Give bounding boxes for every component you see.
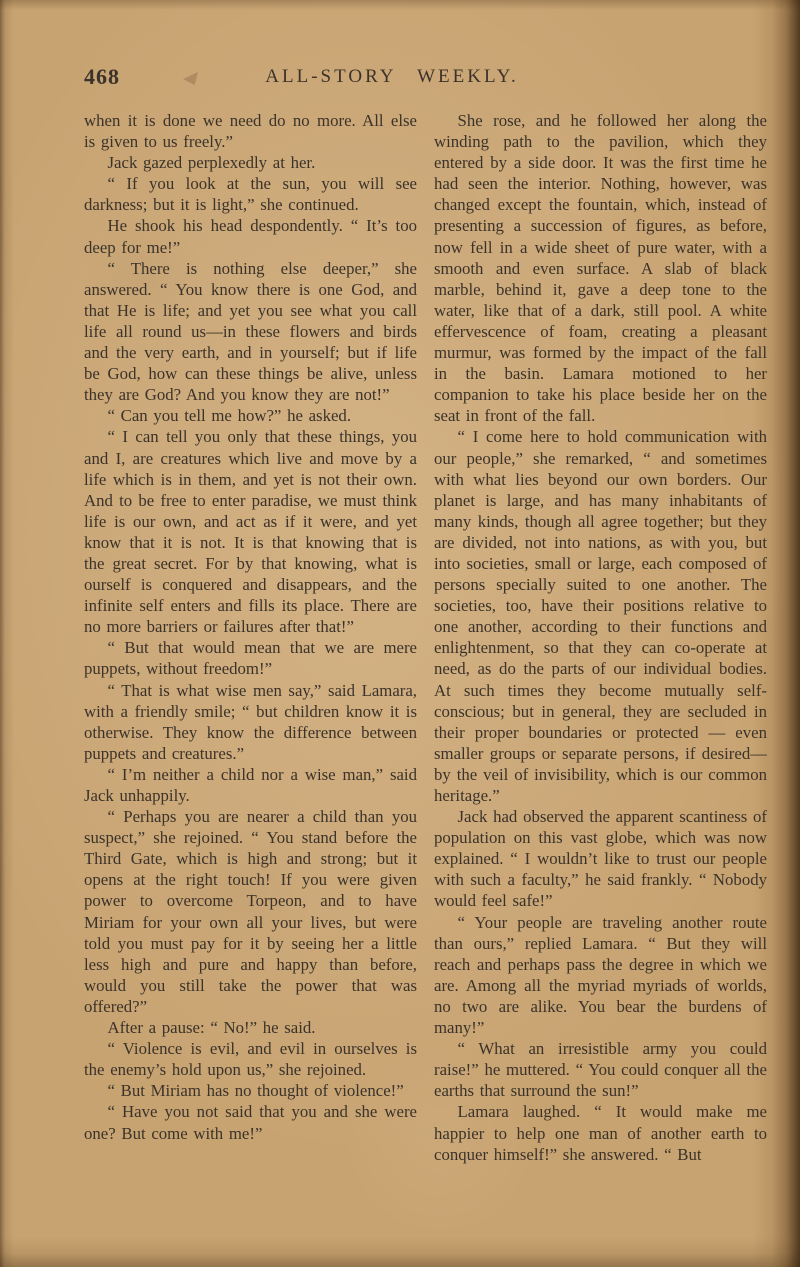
paragraph: “ That is what wise men say,” said Lamar…: [84, 680, 417, 764]
paragraph: “ Violence is evil, and evil in ourselve…: [84, 1038, 417, 1080]
magazine-page: 468 ALL-STORY WEEKLY. when it is done we…: [0, 0, 800, 1267]
paragraph: “ Can you tell me how?” he asked.: [84, 405, 417, 426]
paragraph: “ I come here to hold communication with…: [434, 426, 767, 806]
paragraph: After a pause: “ No!” he said.: [84, 1017, 417, 1038]
paragraph: “ But Miriam has no thought of violence!…: [84, 1080, 417, 1101]
column-right: She rose, and he followed her along the …: [434, 110, 767, 1228]
paragraph: “ What an irresistible army you could ra…: [434, 1038, 767, 1101]
text-columns: when it is done we need do no more. All …: [84, 110, 768, 1228]
paragraph: “ Your people are traveling another rout…: [434, 912, 767, 1039]
paragraph: “ I’m neither a child nor a wise man,” s…: [84, 764, 417, 806]
paragraph: when it is done we need do no more. All …: [84, 110, 417, 152]
paragraph: He shook his head despondently. “ It’s t…: [84, 215, 417, 257]
paragraph: “ I can tell you only that these things,…: [84, 426, 417, 637]
column-left: when it is done we need do no more. All …: [84, 110, 417, 1228]
paragraph: Jack had observed the apparent scantines…: [434, 806, 767, 911]
paragraph: Lamara laughed. “ It would make me happi…: [434, 1101, 767, 1164]
page-header: 468 ALL-STORY WEEKLY.: [84, 64, 740, 92]
paragraph: “ There is nothing else deeper,” she ans…: [84, 258, 417, 406]
paragraph: “ Perhaps you are nearer a child than yo…: [84, 806, 417, 1017]
paragraph: Jack gazed perplexedly at her.: [84, 152, 417, 173]
paragraph: “ But that would mean that we are mere p…: [84, 637, 417, 679]
paragraph: “ Have you not said that you and she wer…: [84, 1101, 417, 1143]
paragraph: She rose, and he followed her along the …: [434, 110, 767, 426]
paragraph: “ If you look at the sun, you will see d…: [84, 173, 417, 215]
journal-title: ALL-STORY WEEKLY.: [84, 66, 700, 88]
